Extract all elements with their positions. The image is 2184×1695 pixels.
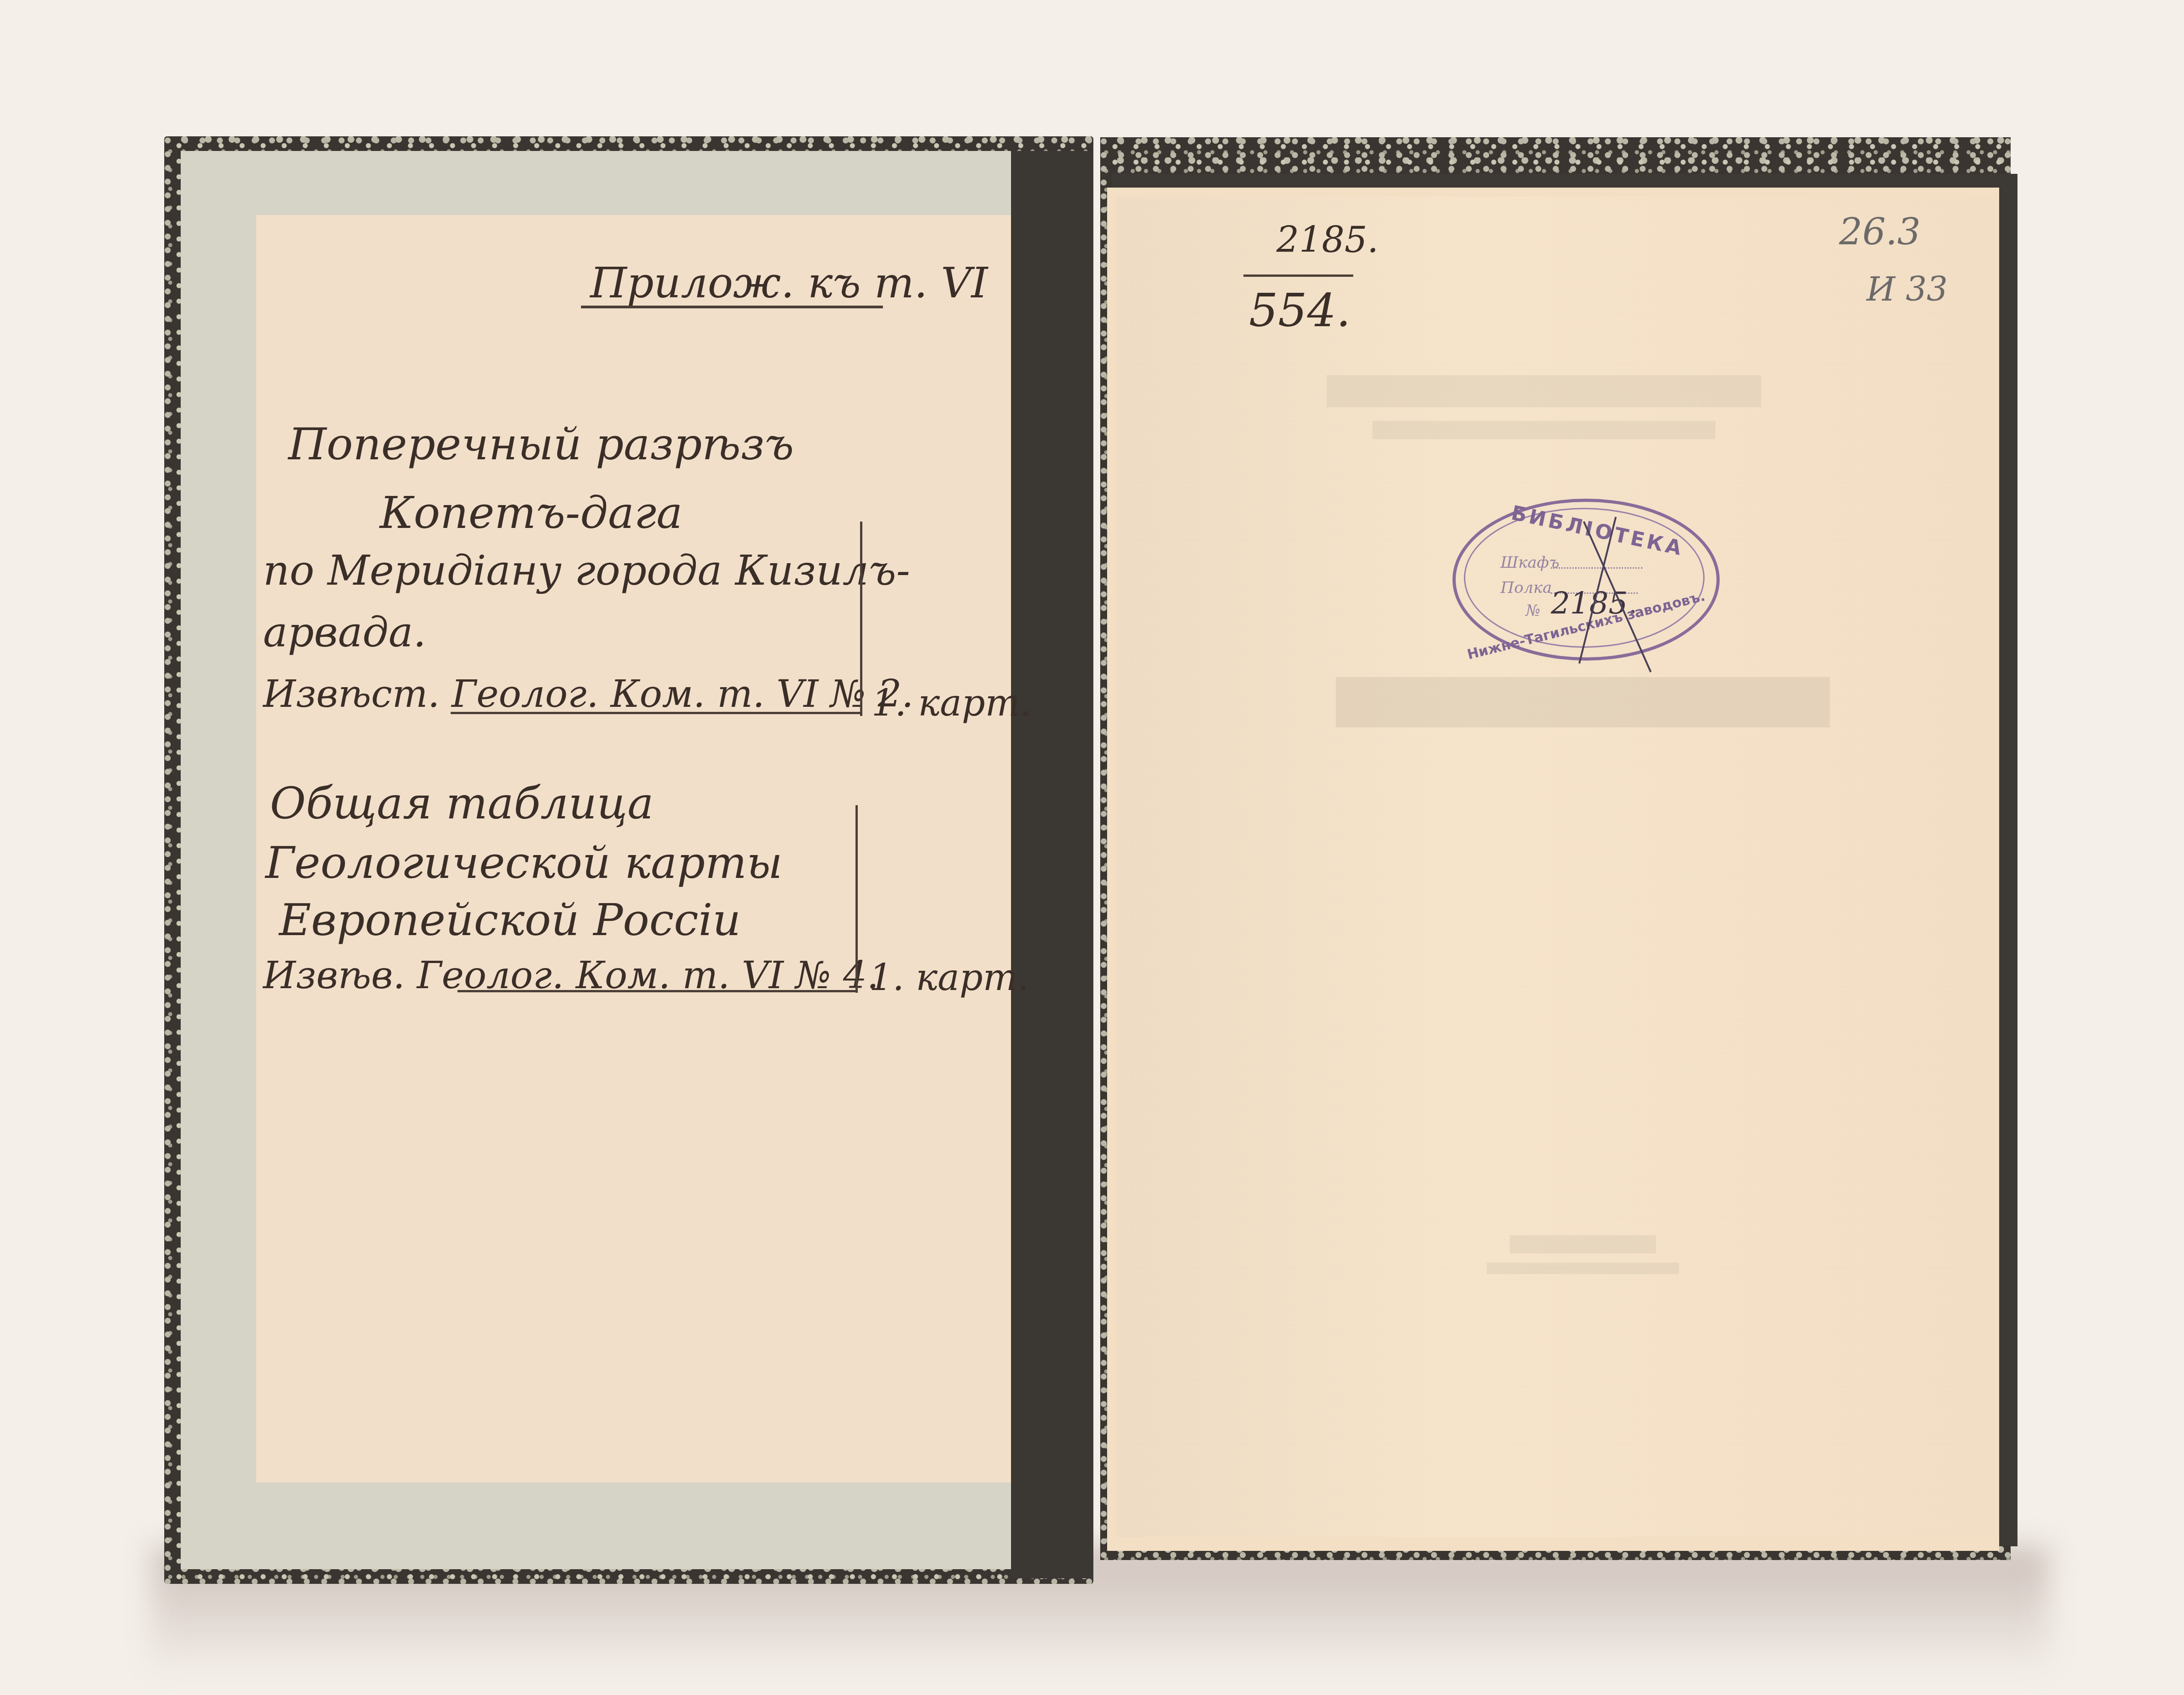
bleed-through-text	[1372, 421, 1716, 439]
entry-line: по Меридіану города Кизилъ-	[263, 547, 910, 595]
entry-line: арвада.	[263, 608, 426, 656]
entry-line: Поперечный разрѣзъ	[288, 419, 794, 470]
pencil-mark: И 33	[1867, 270, 1947, 308]
entry-source: Извѣст. Геолог. Ком. т. VI № 2.	[263, 673, 914, 716]
entry-line: Копетъ-дага	[380, 487, 683, 538]
entry-line: Общая таблица	[270, 778, 654, 829]
bleed-through-text	[1327, 375, 1761, 407]
stamp-field-cabinet: Шкафъ	[1501, 554, 1560, 572]
shelfmark-bottom: 554.	[1249, 284, 1351, 337]
stamp-number-label: №	[1526, 602, 1540, 620]
bleed-through-imprint	[1510, 1235, 1656, 1254]
shelfmark-divider	[1243, 274, 1353, 277]
bracket-line	[860, 522, 862, 716]
pencil-mark: 26.3	[1839, 210, 1920, 253]
cloth-spine-hinge	[1011, 151, 1093, 1578]
shelfmark-top: 2185.	[1276, 220, 1378, 261]
bracket-underline	[451, 712, 862, 714]
header-underline	[581, 306, 883, 308]
stamp-dotted-line	[1551, 567, 1642, 569]
stamp-field-shelf: Полка	[1501, 579, 1552, 597]
entry-line: Европейской Россіи	[279, 894, 741, 946]
entry-line: Геологической карты	[265, 837, 782, 888]
entry-count: 1. карт.	[871, 682, 1032, 724]
entry-count: 1. карт.	[869, 956, 1029, 999]
bracket-line	[855, 805, 858, 993]
bleed-through-imprint	[1487, 1263, 1679, 1274]
bracket-underline	[457, 990, 858, 992]
appendix-header: Прилож. къ т. VI	[590, 258, 988, 307]
bleed-through-title	[1336, 677, 1830, 727]
